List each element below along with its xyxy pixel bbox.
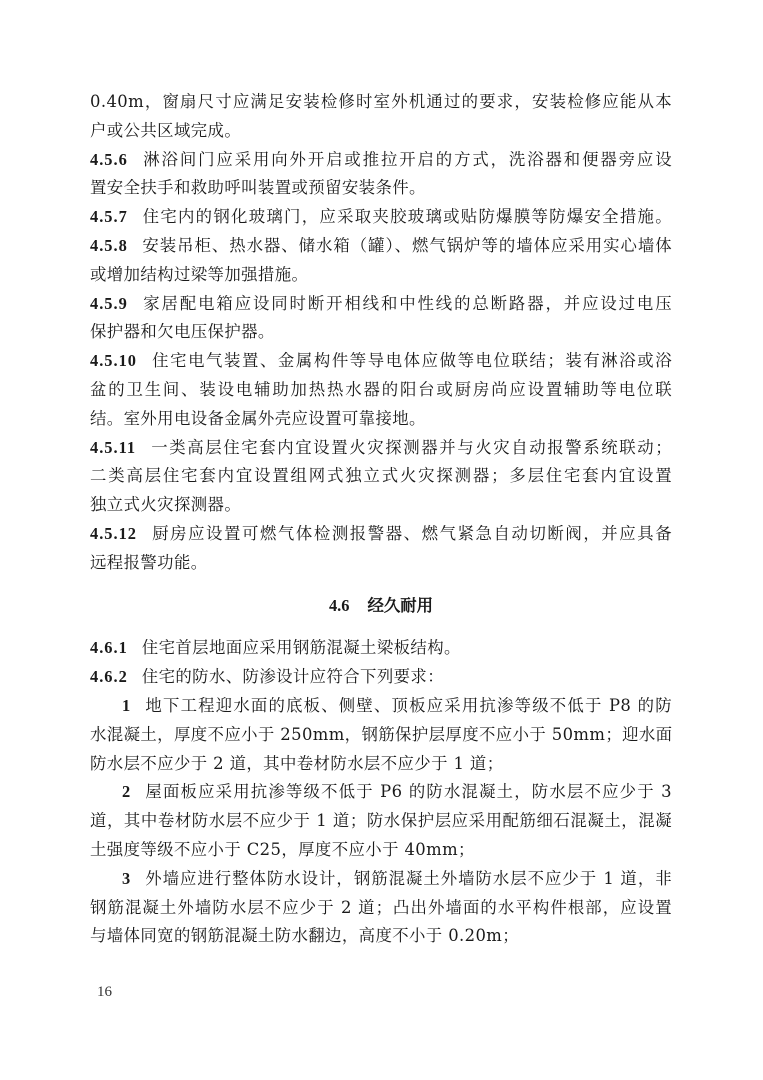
- clause-4-5-8: 4.5.8安装吊柜、热水器、储水箱（罐）、燃气锅炉等的墙体应采用实心墙体 或增加…: [90, 232, 672, 290]
- text-line: 结。室外用电设备金属外壳应设置可靠接地。: [90, 405, 672, 434]
- clause-number: 4.5.12: [90, 524, 137, 543]
- text-line: 0.40m，窗扇尺寸应满足安装检修时室外机通过的要求，安装检修应能从本: [90, 88, 672, 117]
- text-line: 外墙应进行整体防水设计，钢筋混凝土外墙防水层不应少于 1 道，非: [145, 869, 672, 888]
- item-number: 3: [122, 869, 131, 888]
- text-line: 独立式火灾探测器。: [90, 491, 672, 520]
- text-line: 保护器和欠电压保护器。: [90, 318, 672, 347]
- text-line: 屋面板应采用抗渗等级不低于 P6 的防水混凝土，防水层不应少于 3: [145, 782, 672, 801]
- text-line: 家居配电箱应设同时断开相线和中性线的总断路器，并应设过电压: [142, 294, 672, 313]
- text-line: 与墙体同宽的钢筋混凝土防水翻边，高度不小于 0.20m；: [90, 922, 672, 951]
- text-line: 盆的卫生间、装设电辅助加热热水器的阳台或厨房尚应设置辅助等电位联: [90, 376, 672, 405]
- text-line: 住宅内的钢化玻璃门，应采取夹胶玻璃或贴防爆膜等防爆安全措施。: [142, 207, 672, 226]
- clause-number: 4.6.2: [90, 667, 128, 686]
- text-line: 或增加结构过梁等加强措施。: [90, 261, 672, 290]
- clause-4-5-7: 4.5.7住宅内的钢化玻璃门，应采取夹胶玻璃或贴防爆膜等防爆安全措施。: [90, 203, 672, 232]
- document-page: 0.40m，窗扇尺寸应满足安装检修时室外机通过的要求，安装检修应能从本 户或公共…: [90, 88, 672, 951]
- clause-4-5-12: 4.5.12厨房应设置可燃气体检测报警器、燃气紧急自动切断阀，并应具备 远程报警…: [90, 520, 672, 578]
- clause-4-6-1: 4.6.1住宅首层地面应采用钢筋混凝土梁板结构。: [90, 634, 672, 663]
- text-line: 安装吊柜、热水器、储水箱（罐）、燃气锅炉等的墙体应采用实心墙体: [142, 236, 672, 255]
- page-number: 16: [97, 984, 112, 1001]
- clause-4-6-2: 4.6.2住宅的防水、防渗设计应符合下列要求：: [90, 663, 672, 692]
- text-line: 住宅的防水、防渗设计应符合下列要求：: [142, 667, 444, 686]
- clause-number: 4.6.1: [90, 638, 128, 657]
- text-line: 二类高层住宅套内宜设置组网式独立式火灾探测器；多层住宅套内宜设置: [90, 462, 672, 491]
- clause-4-5-6: 4.5.6淋浴间门应采用向外开启或推拉开启的方式，洗浴器和便器旁应设 置安全扶手…: [90, 146, 672, 204]
- clause-number: 4.5.8: [90, 236, 128, 255]
- clause-continuation: 0.40m，窗扇尺寸应满足安装检修时室外机通过的要求，安装检修应能从本 户或公共…: [90, 88, 672, 146]
- text-line: 防水层不应少于 2 道，其中卷材防水层不应少于 1 道；: [90, 750, 672, 779]
- text-line: 一类高层住宅套内宜设置火灾探测器并与火灾自动报警系统联动；: [150, 438, 672, 457]
- list-item-3: 3外墙应进行整体防水设计，钢筋混凝土外墙防水层不应少于 1 道，非 钢筋混凝土外…: [90, 865, 672, 951]
- clause-number: 4.5.11: [90, 438, 136, 457]
- text-line: 户或公共区域完成。: [90, 117, 672, 146]
- text-line: 水混凝土，厚度不应小于 250mm，钢筋保护层厚度不应小于 50mm；迎水面: [90, 721, 672, 750]
- text-line: 道，其中卷材防水层不应少于 1 道；防水保护层应采用配筋细石混凝土，混凝: [90, 807, 672, 836]
- clause-4-5-10: 4.5.10住宅电气装置、金属构件等导电体应做等电位联结；装有淋浴或浴 盆的卫生…: [90, 347, 672, 433]
- text-line: 住宅首层地面应采用钢筋混凝土梁板结构。: [142, 638, 461, 657]
- clause-number: 4.5.10: [90, 351, 137, 370]
- list-item-2: 2屋面板应采用抗渗等级不低于 P6 的防水混凝土，防水层不应少于 3 道，其中卷…: [90, 778, 672, 864]
- list-item-1: 1地下工程迎水面的底板、侧壁、顶板应采用抗渗等级不低于 P8 的防 水混凝土，厚…: [90, 692, 672, 778]
- clause-number: 4.5.6: [90, 150, 128, 169]
- section-number: 4.6: [329, 596, 350, 615]
- clause-4-5-9: 4.5.9家居配电箱应设同时断开相线和中性线的总断路器，并应设过电压 保护器和欠…: [90, 290, 672, 348]
- text-line: 置安全扶手和救助呼叫装置或预留安装条件。: [90, 174, 672, 203]
- clause-4-5-11: 4.5.11一类高层住宅套内宜设置火灾探测器并与火灾自动报警系统联动； 二类高层…: [90, 434, 672, 520]
- text-line: 钢筋混凝土外墙防水层不应少于 2 道；凸出外墙面的水平构件根部，应设置: [90, 894, 672, 923]
- item-number: 2: [122, 782, 131, 801]
- text-line: 淋浴间门应采用向外开启或推拉开启的方式，洗浴器和便器旁应设: [142, 150, 672, 169]
- text-line: 土强度等级不应小于 C25，厚度不应小于 40mm；: [90, 836, 672, 865]
- clause-number: 4.5.7: [90, 207, 128, 226]
- section-heading: 4.6经久耐用: [90, 592, 672, 621]
- text-line: 地下工程迎水面的底板、侧壁、顶板应采用抗渗等级不低于 P8 的防: [145, 696, 672, 715]
- section-title: 经久耐用: [367, 596, 433, 615]
- item-number: 1: [122, 696, 131, 715]
- text-line: 远程报警功能。: [90, 549, 672, 578]
- text-line: 住宅电气装置、金属构件等导电体应做等电位联结；装有淋浴或浴: [151, 351, 672, 370]
- clause-number: 4.5.9: [90, 294, 128, 313]
- text-line: 厨房应设置可燃气体检测报警器、燃气紧急自动切断阀，并应具备: [151, 524, 672, 543]
